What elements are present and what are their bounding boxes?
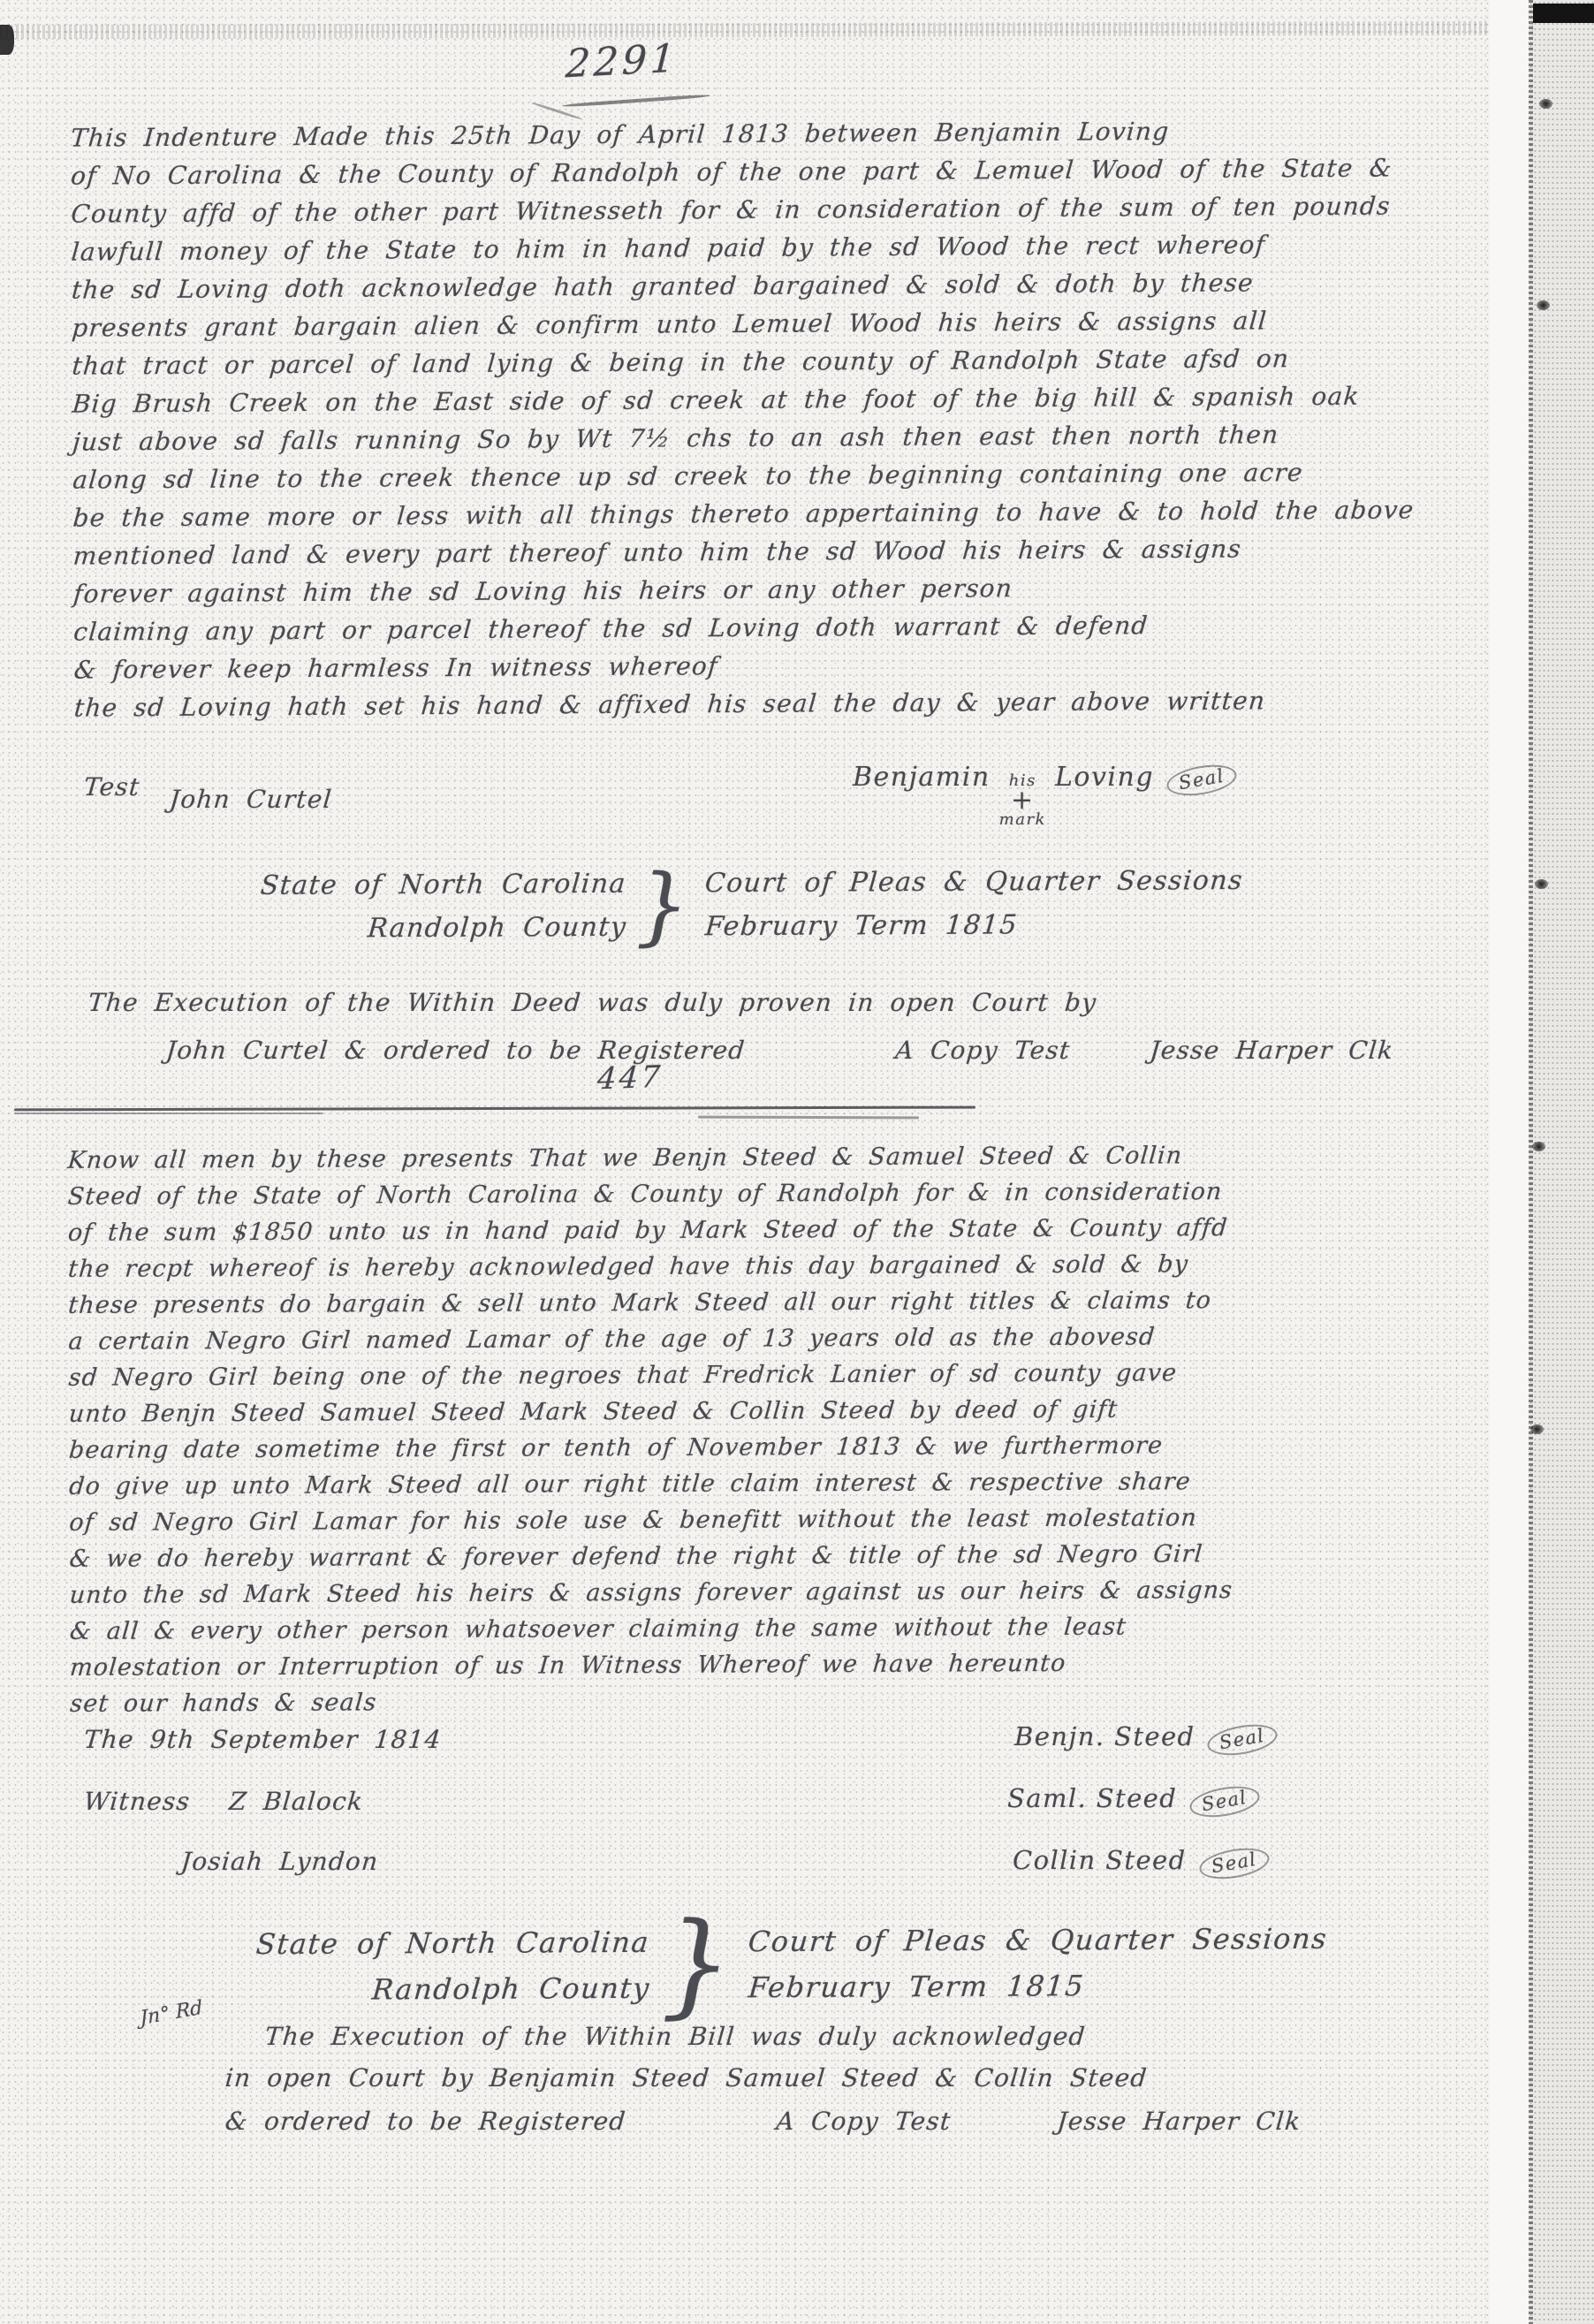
page-number: 2291 (565, 36, 679, 87)
attesting-witness-name: John Curtel (169, 785, 334, 814)
signature-row: Collin Steed Seal (1013, 1845, 1269, 1878)
proven-line-1: The Execution of the Within Deed was dul… (87, 988, 1098, 1017)
date-line: The 9th September 1814 (83, 1725, 444, 1754)
seal-mark: Seal (1196, 1843, 1271, 1883)
witness-1-name: Z Blalock (228, 1787, 365, 1816)
proven-line-2: John Curtel & ordered to be RegisteredA … (165, 1036, 1395, 1065)
handwritten-line: unto Benjn Steed Samuel Steed Mark Steed… (67, 1391, 1233, 1432)
court-heading-left: State of North Carolina Randolph County (256, 1925, 650, 2006)
signer-name: Benjn. Steed (1014, 1721, 1195, 1751)
scan-left-edge-mark (0, 25, 14, 55)
term-line: February Term 1815 (747, 1969, 1085, 2004)
ack-left-text: & ordered to be Registered (224, 2107, 627, 2136)
term-line: February Term 1815 (704, 909, 1020, 942)
witness-label: Witness (83, 1787, 192, 1816)
brace-glyph: } (635, 855, 690, 954)
court-heading-left: State of North Carolina Randolph County (261, 869, 626, 945)
signature-row: Saml. Steed Seal (1007, 1783, 1260, 1816)
court-heading-right: Court of Pleas & Quarter Sessions Februa… (705, 865, 1243, 942)
handwritten-line: molestation or Interruption of us In Wit… (68, 1644, 1234, 1686)
county-line: Randolph County (367, 912, 628, 945)
handwritten-line: unto the sd Mark Steed his heirs & assig… (68, 1572, 1234, 1614)
section-number: 447 (596, 1059, 664, 1097)
marginal-clerk-mark: Jn° Rd (140, 1999, 203, 2030)
handwritten-line: Know all men by these presents That we B… (66, 1137, 1233, 1179)
signature-row: Benjn. Steed Seal (1014, 1721, 1278, 1754)
seal-mark: Seal (1188, 1781, 1262, 1821)
clerk-name: Jesse Harper Clk (1149, 1036, 1395, 1065)
page-number-underline (562, 94, 710, 108)
mark-label-mark: mark (999, 811, 1046, 829)
signer-name: Saml. Steed (1007, 1783, 1177, 1813)
ack-line-3: & ordered to be RegisteredA Copy TestJes… (224, 2107, 1302, 2136)
signature-mark: his + mark (999, 772, 1046, 829)
handwritten-line: the recpt whereof is hereby acknowledged… (66, 1246, 1233, 1287)
grantor-signature: Benjamin his + mark Loving Seal (853, 762, 1237, 829)
punch-hole (1535, 879, 1548, 889)
handwritten-line: Steed of the State of North Carolina & C… (66, 1173, 1233, 1215)
clerk-name: Jesse Harper Clk (1056, 2107, 1302, 2136)
witness-2-name: Josiah Lyndon (180, 1847, 380, 1876)
brace-glyph: } (660, 1898, 732, 2030)
page-edge-gap (1490, 0, 1530, 2324)
handwritten-line: sd Negro Girl being one of the negroes t… (67, 1355, 1233, 1396)
court-line: Court of Pleas & Quarter Sessions (747, 1921, 1329, 1957)
seal-mark: Seal (1205, 1720, 1279, 1759)
divider-rule (14, 1106, 975, 1112)
state-line: State of North Carolina (259, 869, 627, 901)
county-line: Randolph County (370, 1971, 651, 2006)
witness-line-1: Witness Z Blalock (83, 1787, 365, 1816)
handwritten-line: do give up unto Mark Steed all our right… (68, 1463, 1234, 1505)
scan-top-band (0, 21, 1533, 40)
divider-rule-double (14, 1113, 323, 1114)
court-line: Court of Pleas & Quarter Sessions (703, 865, 1244, 899)
handwritten-line: & all & every other person whatsoever cl… (68, 1608, 1234, 1650)
court-heading-right: Court of Pleas & Quarter Sessions Februa… (748, 1921, 1328, 2003)
handwritten-line: a certain Negro Girl named Lamar of the … (67, 1318, 1233, 1360)
signature-first-name: Benjamin (853, 762, 991, 793)
punch-hole (1530, 1424, 1544, 1434)
seal-mark: Seal (1165, 760, 1239, 800)
handwritten-line: of the sum $1850 unto us in hand paid by… (66, 1210, 1233, 1251)
punch-hole (1537, 300, 1550, 310)
court-heading-2: State of North Carolina Randolph County … (256, 1895, 1328, 2032)
handwritten-line: & we do hereby warrant & forever defend … (68, 1536, 1234, 1577)
scan-corner-shadow (1533, 4, 1594, 23)
copy-test-label: A Copy Test (775, 2107, 953, 2136)
court-heading-1: State of North Carolina Randolph County … (261, 853, 1244, 957)
ack-line-2: in open Court by Benjamin Steed Samuel S… (224, 2063, 1149, 2092)
adjacent-page-strip (1533, 0, 1594, 2324)
handwritten-line: bearing date sometime the first or tenth… (67, 1427, 1233, 1469)
indenture-paragraph: This Indenture Made this 25th Day of Apr… (71, 110, 1416, 726)
punch-hole (1532, 1142, 1545, 1151)
handwritten-line: the sd Loving hath set his hand & affixe… (72, 680, 1416, 726)
handwritten-line: of sd Negro Girl Lamar for his sole use … (68, 1500, 1234, 1541)
mark-cross: + (1011, 790, 1035, 811)
copy-test-label: A Copy Test (894, 1036, 1072, 1065)
signature-last-name: Loving (1055, 762, 1154, 793)
divider-rule-segment (698, 1116, 919, 1120)
handwritten-line: these presents do bargain & sell unto Ma… (67, 1282, 1233, 1324)
punch-hole (1539, 99, 1552, 109)
ack-line-1: The Execution of the Within Bill was dul… (264, 2022, 1088, 2051)
state-line: State of North Carolina (254, 1925, 651, 1960)
bill-of-sale-paragraph: Know all men by these presents That we B… (68, 1137, 1233, 1722)
signer-name: Collin Steed (1013, 1845, 1187, 1875)
handwritten-line: set our hands & seals (69, 1681, 1235, 1722)
attest-label: Test (83, 772, 141, 801)
deed-book-page-scan: 2291 This Indenture Made this 25th Day o… (0, 0, 1594, 2324)
